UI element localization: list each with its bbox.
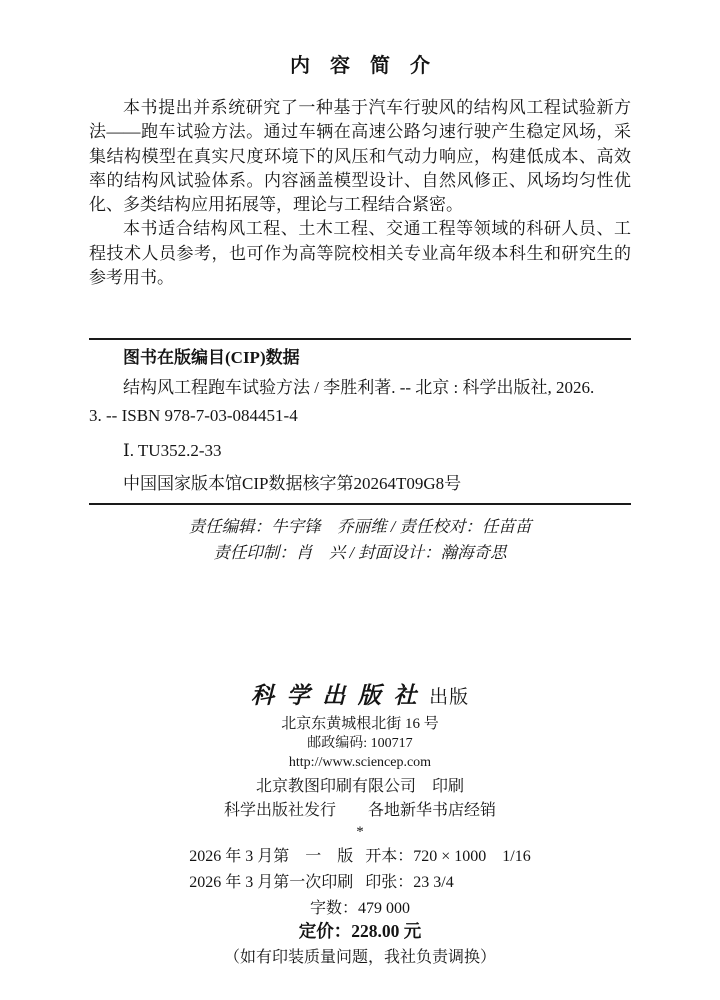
edition-row-first-edition: 2026 年 3 月第 一 版 开本：720 × 1000 1/16 [189, 845, 530, 868]
cip-registry-number: 中国国家版本馆CIP数据核字第20264T09G8号 [89, 473, 631, 495]
publisher-logo-line: 科学出版社出版 [0, 682, 720, 712]
cip-heading: 图书在版编目(CIP)数据 [89, 344, 631, 369]
printing-date: 2026 年 3 月第一次印刷 [189, 871, 365, 894]
colophon-section: 科学出版社出版 北京东黄城根北街 16 号 邮政编码: 100717 http:… [0, 682, 720, 968]
printer-line: 北京教图印刷有限公司 印刷 [0, 776, 720, 797]
distribution-line: 科学出版社发行 各地新华书店经销 [0, 800, 720, 821]
credits-line-editors: 责任编辑：牛宇锋 乔丽维 / 责任校对：任苗苗 [0, 514, 720, 540]
publisher-website-link[interactable]: http://www.sciencep.com [0, 753, 720, 772]
cip-record-line: 结构风工程跑车试验方法 / 李胜利著. -- 北京 : 科学出版社, 2026. [89, 377, 631, 399]
cip-classification: Ⅰ. TU352.2-33 [89, 440, 631, 462]
asterisk-divider: * [0, 825, 720, 840]
sheet-count: 印张：23 3/4 [365, 871, 453, 894]
edition-date: 2026 年 3 月第 一 版 [189, 845, 365, 868]
price: 定价：228.00 元 [0, 920, 720, 942]
content-summary-paragraph: 本书提出并系统研究了一种基于汽车行驶风的结构风工程试验新方法——跑车试验方法。通… [89, 96, 631, 217]
content-summary-title: 内 容 简 介 [89, 56, 631, 77]
content-summary-section: 内 容 简 介 本书提出并系统研究了一种基于汽车行驶风的结构风工程试验新方法——… [0, 0, 720, 290]
publisher-postcode: 邮政编码: 100717 [0, 734, 720, 753]
cip-record-line: 3. -- ISBN 978-7-03-084451-4 [89, 405, 631, 427]
content-summary-paragraph: 本书适合结构风工程、土木工程、交通工程等领域的科研人员、工程技术人员参考，也可作… [89, 217, 631, 290]
staff-credits: 责任编辑：牛宇锋 乔丽维 / 责任校对：任苗苗 责任印制：肖 兴 / 封面设计：… [0, 514, 720, 566]
publisher-logo-suffix: 出版 [429, 687, 469, 708]
publisher-logo: 科学出版社 [251, 683, 429, 708]
format-spec: 开本：720 × 1000 1/16 [365, 845, 530, 868]
quality-note: （如有印装质量问题，我社负责调换） [0, 947, 720, 968]
edition-info-block: 2026 年 3 月第 一 版 开本：720 × 1000 1/16 2026 … [189, 845, 530, 894]
word-count: 字数：479 000 [0, 898, 720, 920]
edition-row-first-printing: 2026 年 3 月第一次印刷 印张：23 3/4 [189, 871, 530, 894]
publisher-address: 北京东黄城根北街 16 号 [0, 714, 720, 734]
copyright-page: 内 容 简 介 本书提出并系统研究了一种基于汽车行驶风的结构风工程试验新方法——… [0, 0, 720, 1000]
credits-line-print-design: 责任印制：肖 兴 / 封面设计：瀚海奇思 [0, 540, 720, 566]
cip-data-box: 图书在版编目(CIP)数据 结构风工程跑车试验方法 / 李胜利著. -- 北京 … [89, 338, 631, 505]
